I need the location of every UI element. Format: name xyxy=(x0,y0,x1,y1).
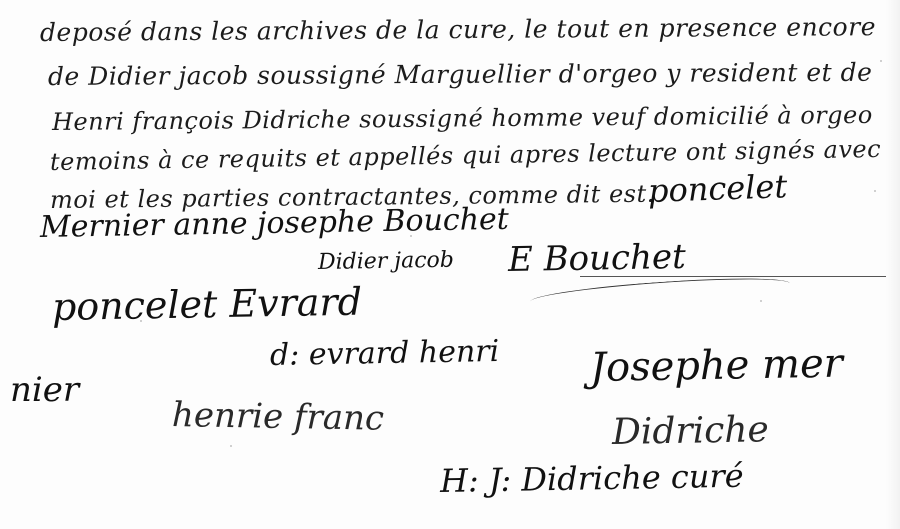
signature-poncelet-1: poncelet xyxy=(647,167,787,210)
signature-e-bouchet: E Bouchet xyxy=(508,237,686,280)
signature-josephe-mer: Josephe mer xyxy=(590,341,844,391)
signature-didier-jacob: Didier jacob xyxy=(318,248,454,275)
signature-evrard-henri: d: evrard henri xyxy=(270,334,500,373)
body-line-2: de Didier jacob soussigné Marguellier d'… xyxy=(48,58,873,91)
paper-speck xyxy=(880,60,882,62)
paper-speck xyxy=(874,190,876,192)
body-line-3: Henri françois Didriche soussigné homme … xyxy=(52,101,873,136)
paper-speck xyxy=(760,300,762,302)
signature-didriche: Didriche xyxy=(612,409,769,453)
signature-mernier-anne-josephe-bouchet: Mernier anne josephe Bouchet xyxy=(40,202,509,245)
document-page: deposé dans les archives de la cure, le … xyxy=(0,0,900,529)
signature-poncelet-evrard: poncelet Evrard xyxy=(52,280,363,329)
page-edge-shadow xyxy=(886,0,900,529)
signature-henrie-francois: henrie franc xyxy=(172,395,385,439)
body-line-1: deposé dans les archives de la cure, le … xyxy=(40,12,876,47)
paper-speck xyxy=(140,320,142,322)
signature-curate-didriche: H: J: Didriche curé xyxy=(440,457,744,500)
paper-speck xyxy=(230,445,232,447)
paper-speck xyxy=(410,235,412,237)
signature-underline xyxy=(580,276,890,277)
signature-nier: nier xyxy=(10,370,79,410)
